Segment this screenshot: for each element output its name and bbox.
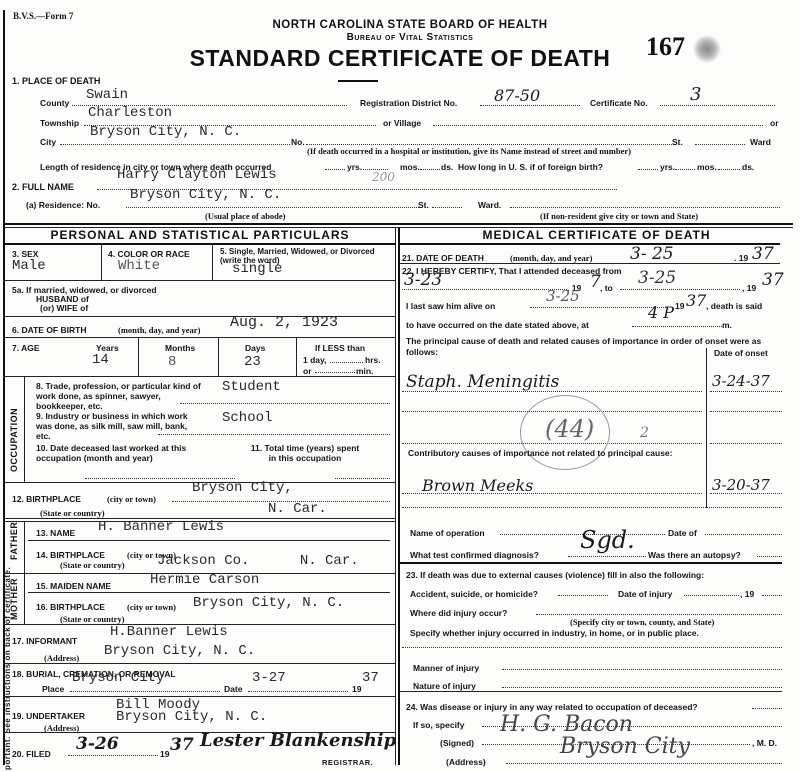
residence-value: Bryson City, N. C.: [130, 187, 281, 203]
manner-field[interactable]: [502, 659, 782, 670]
total-time-label: 11. Total time (years) spent in this occ…: [250, 443, 360, 463]
foreign-mos-label: mos.: [697, 162, 717, 172]
total-time-field[interactable]: [335, 470, 390, 479]
industry-field[interactable]: School: [158, 423, 390, 435]
row-rule: [28, 592, 390, 593]
accident-label: Accident, suicide, or homicide?: [410, 589, 538, 599]
injury-date-label: Date of injury: [618, 589, 672, 599]
trade-label: 8. Trade, profession, or particular kind…: [36, 381, 201, 411]
county-field[interactable]: Swain: [72, 90, 347, 106]
county-value: Swain: [86, 87, 128, 103]
certificate-no-value: 3: [690, 84, 701, 105]
filed-field[interactable]: 3-26: [68, 744, 158, 756]
test-label: What test confirmed diagnosis?: [410, 550, 539, 560]
to-label: , to: [600, 283, 613, 293]
residence-label: (a) Residence: No.: [26, 200, 100, 210]
principal-onset-value: 3-24-37: [712, 372, 770, 390]
village-field[interactable]: [433, 110, 763, 126]
father-bp-value[interactable]: Jackson Co. N. Car.: [157, 553, 359, 569]
less-min-label: min.: [356, 366, 373, 376]
row-rule: [3, 376, 396, 377]
less-than-label: If LESS than: [315, 343, 365, 353]
injury-year-field[interactable]: [762, 585, 782, 596]
residence-ward-field[interactable]: [432, 192, 462, 208]
occupation-label: OCCUPATION: [9, 408, 19, 472]
full-name-label: 2. FULL NAME: [12, 182, 74, 192]
st-label: St.: [672, 137, 683, 147]
less-min-field[interactable]: [315, 364, 355, 373]
informant-label: 17. INFORMANT: [12, 636, 77, 646]
row-rule: [400, 562, 782, 564]
foreign-ds-field[interactable]: [718, 160, 740, 170]
foreign-yrs-label: yrs.: [660, 162, 675, 172]
informant-value[interactable]: H.Banner Lewis: [110, 624, 228, 640]
ink-smudge: [692, 35, 722, 63]
ward-label: Ward: [750, 137, 771, 147]
where-injury-field[interactable]: [536, 604, 782, 615]
mother-name-label: 15. MAIDEN NAME: [36, 581, 111, 591]
county-label: County: [40, 98, 69, 108]
birthplace-state-value[interactable]: N. Car.: [268, 501, 327, 517]
birthplace-sub-label: (city or town): [107, 494, 156, 504]
city-label: City: [40, 137, 56, 147]
row-rule: [3, 337, 396, 338]
specify-where-label: Specify whether injury occurred in indus…: [410, 628, 699, 638]
race-divider: [212, 244, 213, 280]
dod-year-value[interactable]: 37: [752, 244, 774, 264]
last-saw-year-value[interactable]: 37: [686, 291, 706, 310]
filed-year-value[interactable]: 37: [170, 735, 194, 755]
dob-value[interactable]: Aug. 2, 1923: [230, 314, 338, 331]
agency-name: NORTH CAROLINA STATE BOARD OF HEALTH: [230, 19, 590, 31]
reg-district-field[interactable]: 87-50: [480, 90, 580, 106]
street-no-label: No.: [291, 137, 305, 147]
date-of-onset-label: Date of onset: [714, 348, 768, 358]
father-bp-label: 14. BIRTHPLACE: [36, 550, 105, 560]
length-mos-label: mos.: [400, 162, 420, 172]
external-causes-label: 23. If death was due to external causes …: [406, 570, 704, 580]
city-field[interactable]: Bryson City, N. C.: [60, 129, 290, 145]
attended-to-value: 3-25: [638, 268, 676, 288]
sex-value[interactable]: Male: [12, 258, 46, 274]
last-worked-field[interactable]: [85, 470, 235, 479]
nature-field[interactable]: [502, 677, 782, 688]
filed-label: 20. FILED: [12, 749, 51, 759]
length-yrs-field[interactable]: [325, 160, 345, 170]
certificate-no-label: Certificate No.: [590, 98, 648, 108]
informant-addr-value[interactable]: Bryson City, N. C.: [104, 643, 255, 659]
undertaker-label: 19. UNDERTAKER: [12, 711, 85, 721]
section-rule: [3, 223, 793, 225]
months-value[interactable]: 8: [168, 354, 176, 370]
burial-date-label: Date: [224, 684, 242, 694]
dob-sub-label: (month, day, and year): [118, 325, 200, 335]
foreign-ds-label: ds.: [742, 162, 754, 172]
length-ds-field[interactable]: [420, 160, 440, 170]
address-label: (Address): [446, 757, 486, 767]
to-year-prefix: , 19: [742, 283, 756, 293]
autopsy-label: Was there an autopsy?: [648, 550, 741, 560]
operation-date-field[interactable]: [705, 524, 782, 535]
less-or-label: or: [303, 366, 312, 376]
nature-label: Nature of injury: [413, 681, 476, 691]
full-name-value: Harry Clayton Lewis: [117, 167, 277, 183]
last-saw-label: I last saw him alive on: [406, 301, 495, 311]
industry-value: School: [222, 410, 272, 426]
onset-line-3[interactable]: [710, 412, 782, 444]
sex-divider: [101, 244, 102, 280]
code-mark-2: 2: [640, 425, 649, 441]
mother-bp-label: 16. BIRTHPLACE: [36, 602, 105, 612]
personal-heading-rule: [3, 243, 396, 245]
specify-city-note: (Specify city or town, county, and State…: [570, 617, 714, 627]
nonresident-note: (If non-resident give city or town and S…: [540, 211, 698, 221]
onset-divider: [706, 348, 707, 508]
time-field[interactable]: 4 P: [632, 315, 722, 327]
form-number: B.V.S.—Form 7: [13, 11, 73, 21]
manner-label: Manner of injury: [413, 663, 479, 673]
center-divider: [398, 228, 400, 765]
village-label: or Village: [383, 118, 421, 128]
filed-value: 3-26: [76, 734, 119, 754]
dod-label: 21. DATE OF DEATH: [402, 253, 484, 263]
death-said-label: , death is said: [706, 301, 762, 311]
signed-label: (Signed): [440, 738, 474, 748]
filed-year-prefix: 19: [160, 749, 169, 759]
principal-cause-value: Staph. Meningitis: [406, 372, 559, 392]
foreign-yrs-field[interactable]: [638, 160, 658, 170]
mother-bp-sub-label: (city or town): [127, 602, 176, 612]
or-label: or: [770, 118, 779, 128]
birthplace-state-label: (State or country): [40, 508, 105, 518]
nonresident-field[interactable]: [510, 192, 780, 208]
attended-from-value: 3-23: [404, 270, 442, 290]
age-divider: [296, 338, 297, 376]
last-worked-label: 10. Date deceased last worked at this oc…: [36, 443, 196, 463]
accident-field[interactable]: [558, 585, 608, 596]
length-yrs-label: yrs.: [347, 162, 362, 172]
length-ds-label: ds.: [441, 162, 453, 172]
dod-value[interactable]: 3- 25: [630, 244, 674, 264]
contrib-cause-field[interactable]: Brown Meeks: [402, 480, 702, 494]
bureau-name: Bureau of Vital Statistics: [280, 32, 540, 43]
township-label: Township: [40, 118, 79, 128]
where-injury-label: Where did injury occur?: [410, 608, 507, 618]
city-value: Bryson City, N. C.: [90, 124, 241, 140]
less-hrs-field[interactable]: [330, 354, 363, 363]
contrib-line-2[interactable]: [402, 494, 782, 508]
reg-district-label: Registration District No.: [360, 98, 457, 108]
mother-name-value[interactable]: Hermie Carson: [150, 572, 259, 588]
less-hrs-label: hrs.: [365, 355, 381, 365]
injury-year-label: , 19: [740, 589, 754, 599]
race-value[interactable]: White: [118, 258, 160, 274]
burial-place-label: Place: [42, 684, 64, 694]
certificate-title: STANDARD CERTIFICATE OF DEATH: [160, 45, 640, 72]
row-rule: [28, 540, 390, 541]
row-rule: [400, 691, 782, 692]
place-of-death-heading: 1. PLACE OF DEATH: [12, 76, 100, 86]
ward-field[interactable]: [695, 129, 745, 145]
row-rule: [3, 280, 396, 281]
last-saw-value: 3-25: [546, 287, 580, 305]
spouse-field[interactable]: [110, 290, 390, 312]
burial-year-prefix: 19: [352, 684, 361, 694]
birthplace-label: 12. BIRTHPLACE: [12, 494, 81, 504]
title-underline: [338, 80, 378, 82]
medical-heading: MEDICAL CERTIFICATE OF DEATH: [400, 228, 793, 242]
contributory-label: Contributory causes of importance not re…: [408, 448, 703, 458]
father-divider: [24, 522, 25, 573]
test-signature: Sgd.: [580, 526, 635, 554]
mother-bp-state-label: (State or country): [60, 614, 125, 624]
residence-st-label: St.: [418, 200, 429, 210]
months-label: Months: [165, 343, 195, 353]
marital-value[interactable]: single: [232, 261, 282, 277]
informant-addr-label: (Address): [44, 653, 79, 663]
burial-place-value: Bryson City: [72, 670, 164, 686]
mother-bp-value[interactable]: Bryson City, N. C.: [193, 595, 344, 611]
injury-date-field[interactable]: [684, 585, 739, 596]
trade-value: Student: [222, 379, 281, 395]
spouse-label-3: (or) WIFE of: [40, 303, 88, 313]
length-mos-field[interactable]: [363, 160, 388, 170]
dob-label: 6. DATE OF BIRTH: [12, 325, 86, 335]
father-name-value[interactable]: H. Banner Lewis: [98, 519, 224, 535]
dod-year-prefix: . 19: [734, 253, 748, 263]
undertaker-addr-value[interactable]: Bryson City, N. C.: [116, 709, 267, 725]
physician-address: Bryson City: [560, 734, 690, 759]
mother-label: MOTHER: [9, 578, 19, 620]
mother-divider: [24, 574, 25, 624]
burial-place-field[interactable]: Bryson City: [70, 678, 220, 692]
birthplace-city-value: Bryson City,: [192, 480, 293, 496]
occupation-related-label: 24. Was disease or injury in any way rel…: [406, 702, 698, 712]
code-mark: (44): [545, 415, 594, 443]
reg-district-value: 87-50: [494, 86, 540, 105]
center-divider-inner: [395, 228, 396, 765]
foreign-mos-field[interactable]: [675, 160, 695, 170]
hospital-note: (If death occurred in a hospital or inst…: [307, 146, 631, 156]
abode-note: (Usual place of abode): [205, 211, 286, 221]
occurred-at-label: to have occurred on the date stated abov…: [406, 320, 589, 330]
burial-date-field[interactable]: 3-27: [248, 678, 348, 692]
registrar-signature: Lester Blankenship: [200, 730, 396, 751]
foreign-birth-label: How long in U. S. if of foreign birth?: [458, 162, 603, 172]
contrib-cause-value: Brown Meeks: [422, 476, 533, 495]
occupation-related-field[interactable]: [752, 698, 782, 709]
years-value[interactable]: 14: [92, 352, 109, 368]
age-divider: [218, 338, 219, 376]
birthplace-city-field[interactable]: Bryson City,: [172, 488, 390, 502]
contrib-onset-field[interactable]: 3-20-37: [710, 480, 782, 494]
stamp-number: 167: [646, 32, 685, 62]
trade-field[interactable]: Student: [180, 392, 390, 404]
age-divider: [138, 338, 139, 376]
if-so-label: If so, specify: [413, 720, 465, 730]
occupation-divider: [24, 377, 25, 482]
principal-cause-field[interactable]: Staph. Meningitis: [402, 370, 702, 392]
days-value[interactable]: 23: [244, 354, 261, 370]
age-label: 7. AGE: [12, 343, 40, 353]
operation-date-label: Date of: [668, 528, 697, 538]
dod-sub-label: (month, day, and year): [510, 253, 592, 263]
father-name-label: 13. NAME: [36, 528, 75, 538]
contrib-onset-value: 3-20-37: [712, 476, 770, 494]
certificate-no-field[interactable]: 3: [660, 90, 775, 106]
father-label: FATHER: [9, 522, 19, 560]
street-field[interactable]: [306, 129, 676, 145]
registrar-label: REGISTRAR.: [322, 758, 373, 767]
last-saw-year-prefix: 19: [675, 301, 684, 311]
m-label: m.: [722, 320, 732, 330]
father-bp-state-label: (State or country): [60, 560, 125, 570]
medical-heading-rule: [400, 243, 780, 245]
personal-heading: PERSONAL AND STATISTICAL PARTICULARS: [4, 228, 396, 242]
onset-line-2[interactable]: [710, 392, 782, 412]
row-rule: [400, 263, 780, 264]
attended-from-field[interactable]: 3-23: [402, 276, 567, 290]
township-value: Charleston: [88, 105, 172, 121]
autopsy-field[interactable]: [757, 546, 782, 557]
burial-year-value[interactable]: 37: [362, 670, 379, 686]
specify-where-field[interactable]: [402, 640, 782, 648]
time-value: 4 P: [648, 303, 674, 322]
margin-mark: 200: [372, 170, 395, 184]
md-label: , M. D.: [752, 738, 777, 748]
residence-ward-label: Ward.: [478, 200, 501, 210]
to-year-value[interactable]: 37: [762, 270, 784, 290]
residence-field[interactable]: Bryson City, N. C.: [126, 192, 421, 208]
days-label: Days: [245, 343, 265, 353]
operation-label: Name of operation: [410, 528, 485, 538]
attended-to-field[interactable]: 3-25: [620, 276, 740, 290]
principal-onset-field[interactable]: 3-24-37: [710, 370, 782, 392]
burial-date-value: 3-27: [252, 670, 286, 686]
row-rule: [3, 663, 396, 664]
